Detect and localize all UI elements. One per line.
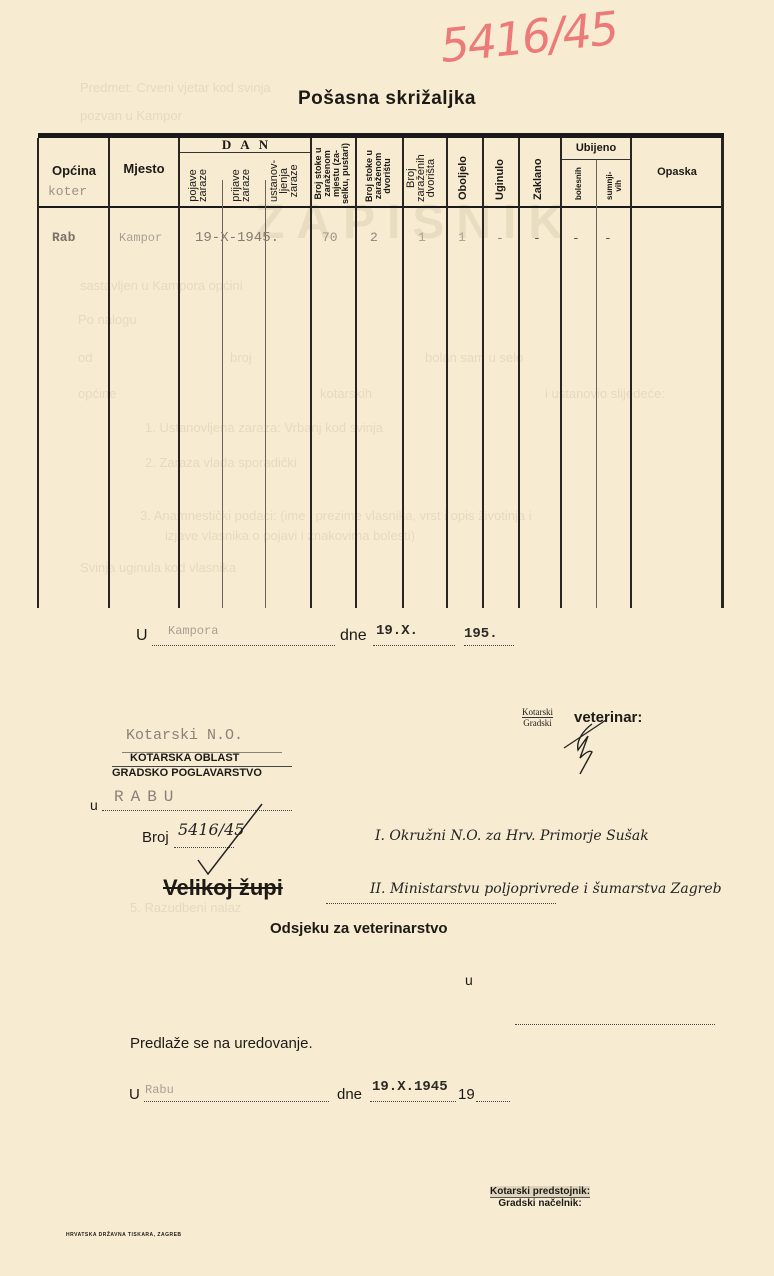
cell-oboljelo: 1	[458, 230, 466, 245]
checkmark-icon	[196, 800, 266, 880]
column-divider	[178, 138, 180, 608]
recipient-department: Odsjeku za veterinarstvo	[270, 920, 448, 937]
recipient-handwritten-2: II. Ministarstvu poljoprivrede i šumarst…	[370, 878, 770, 900]
table-header-rule	[38, 206, 724, 208]
column-divider	[596, 160, 597, 608]
cell-bolesnih: -	[572, 231, 580, 246]
header-broj-dvorista: Broj zaraženih dvorišta	[406, 154, 436, 202]
bleed-text: kotarskih	[320, 386, 372, 401]
recipient-handwritten-1: I. Okružni N.O. za Hrv. Primorje Sušak	[375, 825, 705, 847]
column-divider	[108, 138, 110, 608]
header-broj-stoke-mjestu: Broj stoke u zaraženom mjestu (za- selku…	[314, 143, 350, 204]
bleed-text: 1. Ustanovljena zaraza: Vrbanj kod svinj…	[145, 420, 383, 435]
recipient-struck: Velikoj župi	[163, 875, 283, 901]
submission-place: Rabu	[145, 1083, 174, 1097]
recipient-field[interactable]	[326, 903, 556, 904]
column-divider	[446, 138, 448, 608]
bleed-text: 5. Razudbeni nalaz	[130, 900, 241, 915]
column-divider	[518, 138, 520, 608]
header-opcina: Općina	[40, 163, 108, 178]
place-dne-label: dne	[340, 627, 367, 645]
table-border-left	[37, 138, 39, 608]
header-mjesto: Mjesto	[110, 161, 178, 176]
cell-zaklano: -	[533, 231, 541, 246]
place-year-value: 195.	[464, 626, 498, 642]
bleed-text: 3. Anamnestički podaci: (ime i prezime v…	[140, 508, 532, 523]
ubijeno-subheader-rule	[562, 159, 630, 160]
header-prijave-zaraze: prijave zaraze	[231, 169, 251, 202]
column-divider	[310, 138, 312, 608]
bleed-text: od	[78, 350, 92, 365]
header-bolesnih: bolesnih	[574, 167, 583, 200]
submission-year-prefix: 19	[458, 1086, 475, 1103]
place-date-field[interactable]	[373, 645, 455, 646]
bleed-text: općine	[78, 386, 116, 401]
header-opcina-typed: koter	[48, 184, 87, 199]
header-zaklano: Zaklano	[533, 158, 543, 200]
signoff-block: Kotarski predstojnik: Gradski načelnik:	[490, 1186, 590, 1209]
submission-year-field[interactable]	[476, 1101, 510, 1102]
submission-text: Predlaže se na uredovanje.	[130, 1035, 313, 1052]
veterinar-title-gradski: Gradski	[522, 718, 553, 728]
sender-place: RABU	[114, 788, 180, 806]
place-year-field[interactable]	[464, 645, 514, 646]
bleed-text: i ustanovio slijedeće:	[545, 386, 665, 401]
submission-dne-label: dne	[337, 1086, 362, 1103]
submission-date: 19.X.1945	[372, 1079, 448, 1095]
header-opaska: Opaska	[632, 166, 722, 178]
cell-uginulo: -	[496, 231, 504, 246]
printer-imprint: HRVATSKA DRŽAVNA TISKARA, ZAGREB	[66, 1232, 182, 1238]
place-field[interactable]	[152, 645, 335, 646]
bleed-text: 2. Zaraza vlada sporadički	[145, 455, 297, 470]
recipient-place-field[interactable]	[515, 1024, 715, 1025]
column-divider	[402, 138, 404, 608]
submission-date-field[interactable]	[370, 1101, 456, 1102]
column-divider	[355, 138, 357, 608]
veterinar-title: Kotarski Gradski	[522, 707, 553, 728]
table-top-rule	[38, 133, 724, 138]
bleed-text: pozvan u Kampor	[80, 108, 182, 123]
header-uginulo: Uginulo	[495, 159, 505, 200]
cell-sumnjivih: -	[604, 231, 612, 246]
header-dan: D A N	[180, 137, 310, 153]
table-border-right	[721, 138, 724, 608]
sender-stamp-line2: GRADSKO POGLAVARSTVO	[112, 767, 262, 779]
broj-label: Broj	[142, 829, 169, 846]
form-title: Pošasna skrižaljka	[0, 88, 774, 110]
bleed-heading: ZAPISNIK	[255, 195, 575, 250]
bleed-text: sastavljen u Kampora općini	[80, 278, 243, 293]
header-sumnjivih: sumnji- vih	[605, 172, 623, 200]
sender-typed: Kotarski N.O.	[126, 727, 243, 744]
cell-date: 19-X-1945.	[195, 230, 279, 246]
recipient-u-label: u	[465, 972, 473, 988]
cell-broj-dvorista: 1	[418, 230, 426, 245]
header-ubijeno: Ubijeno	[562, 142, 630, 154]
header-ustanovljenja-zaraze: ustanov- ljenja zaraze	[269, 160, 299, 202]
header-pojave-zaraze: pojave zaraze	[188, 169, 208, 202]
veterinar-signature	[562, 718, 612, 778]
bleed-text: Svinja uginula kod vlasnika	[80, 560, 236, 575]
bleed-text: izjave vlasnika o pojavi i znakovima bol…	[165, 528, 415, 543]
place-date-value: 19.X.	[376, 623, 418, 639]
signoff-line1: Kotarski predstojnik:	[490, 1186, 590, 1198]
bleed-text: broj	[230, 350, 252, 365]
cell-mjesto: Kampor	[119, 231, 162, 245]
place-value: Kampora	[168, 624, 218, 638]
cell-broj-stoke-mjestu: 70	[322, 230, 338, 245]
veterinar-title-kotarski: Kotarski	[522, 707, 553, 718]
sender-u-label: u	[90, 797, 98, 813]
submission-place-field[interactable]	[144, 1101, 329, 1102]
header-oboljelo: Oboljelo	[458, 156, 468, 200]
column-divider	[630, 138, 632, 608]
bleed-text: bolan sam u selo	[425, 350, 523, 365]
sender-stamp-line1: KOTARSKA OBLAST	[130, 752, 239, 764]
cell-broj-stoke-dvoristu: 2	[370, 230, 378, 245]
signoff-line2: Gradski načelnik:	[490, 1198, 590, 1209]
place-u-label: U	[136, 627, 148, 645]
header-broj-stoke-dvoristu: Broj stoke u zaraženom dvorištu	[365, 150, 392, 202]
column-divider	[482, 138, 484, 608]
registry-number-annotation: 5416/45	[438, 1, 620, 73]
cell-opcina: Rab	[52, 230, 75, 245]
submission-u-label: U	[129, 1086, 140, 1103]
column-divider	[560, 138, 562, 608]
